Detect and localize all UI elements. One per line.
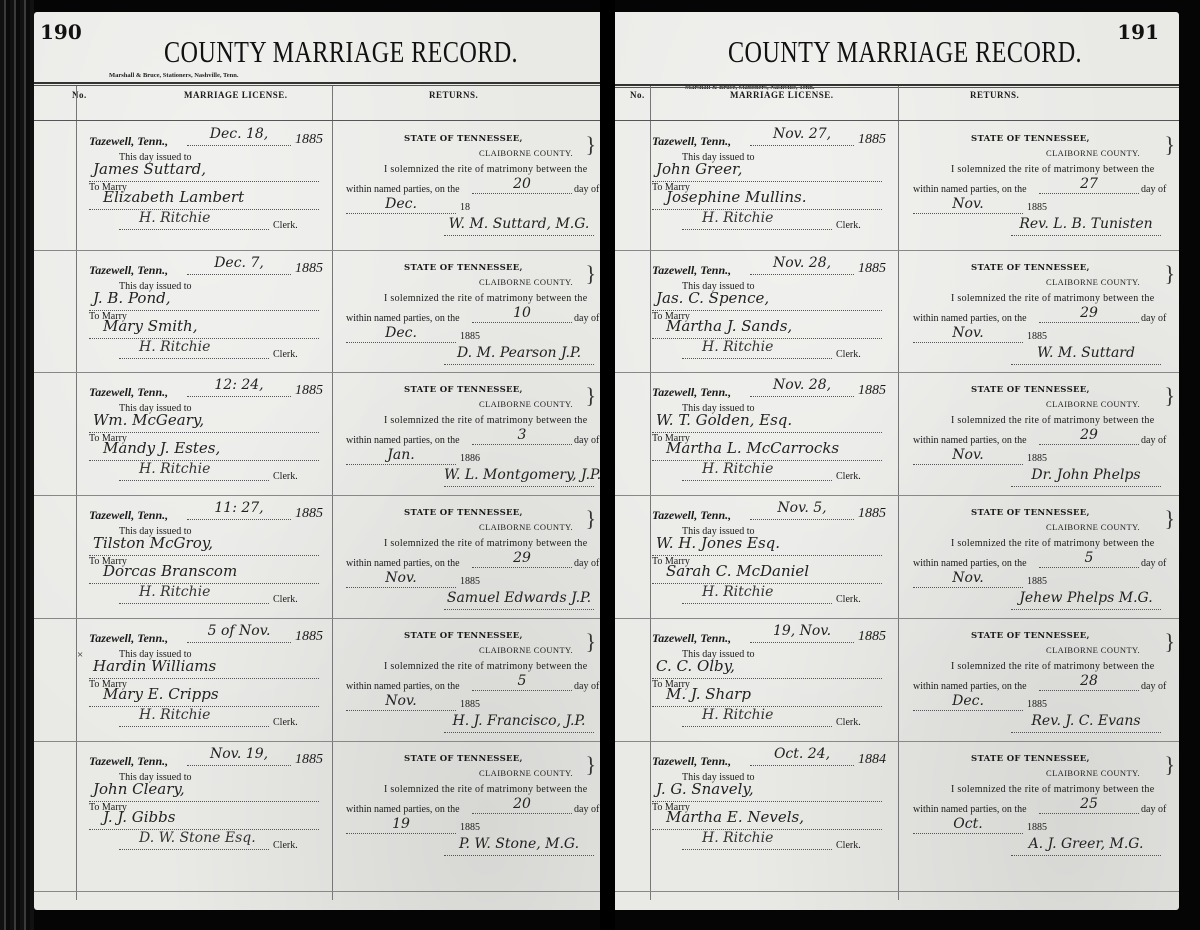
- within-text: within named parties, on the: [913, 184, 1027, 195]
- return-year: 1886: [460, 453, 480, 464]
- officiant-signature: Jehew Phelps M.G.: [1011, 590, 1161, 610]
- license-date: Dec. 7,: [187, 255, 291, 275]
- place-label: Tazewell, Tenn.,: [89, 754, 168, 769]
- within-text: within named parties, on the: [346, 313, 460, 324]
- place-label: Tazewell, Tenn.,: [89, 631, 168, 646]
- place-label: Tazewell, Tenn.,: [652, 385, 731, 400]
- marriage-record-entry: Tazewell, Tenn., 11: 27, 1885 This day i…: [34, 496, 600, 619]
- page-number: 190: [40, 20, 82, 44]
- groom-name: C. C. Olby,: [652, 657, 882, 679]
- marriage-record-entry: Tazewell, Tenn., Nov. 5, 1885 This day i…: [615, 496, 1179, 619]
- within-text: within named parties, on the: [913, 804, 1027, 815]
- clerk-label: Clerk.: [273, 220, 298, 231]
- solemnized-text: I solemnized the rite of matrimony betwe…: [384, 538, 587, 549]
- brace-glyph: }: [1164, 385, 1175, 407]
- license-year: 1885: [295, 752, 323, 768]
- solemnized-text: I solemnized the rite of matrimony betwe…: [951, 538, 1154, 549]
- officiant-signature: Dr. John Phelps: [1011, 467, 1161, 487]
- county-heading: Claiborne County.: [479, 645, 573, 655]
- day-of-label: day of: [1141, 184, 1166, 195]
- place-label: Tazewell, Tenn.,: [652, 508, 731, 523]
- county-heading: Claiborne County.: [1046, 399, 1140, 409]
- page-title: COUNTY MARRIAGE RECORD.: [164, 34, 518, 70]
- day-of-label: day of: [574, 804, 599, 815]
- header-double-rule: [34, 82, 600, 86]
- brace-glyph: }: [1164, 263, 1175, 285]
- return-day: 5: [1039, 550, 1139, 568]
- day-of-label: day of: [574, 681, 599, 692]
- within-text: within named parties, on the: [346, 681, 460, 692]
- brace-glyph: }: [1164, 508, 1175, 530]
- return-day: 10: [472, 305, 572, 323]
- within-text: within named parties, on the: [913, 681, 1027, 692]
- book-gutter: [600, 0, 615, 930]
- license-date: Nov. 28,: [750, 377, 854, 397]
- day-of-label: day of: [1141, 435, 1166, 446]
- day-of-label: day of: [574, 313, 599, 324]
- bride-name: Dorcas Branscom: [89, 562, 319, 584]
- bride-name: Josephine Mullins.: [652, 188, 882, 210]
- state-heading: STATE OF TENNESSEE,: [971, 263, 1090, 273]
- within-text: within named parties, on the: [346, 804, 460, 815]
- clerk-signature: H. Ritchie: [119, 339, 269, 359]
- page-title: COUNTY MARRIAGE RECORD.: [728, 34, 1082, 70]
- groom-name: John Cleary,: [89, 780, 319, 802]
- state-heading: STATE OF TENNESSEE,: [971, 134, 1090, 144]
- day-of-label: day of: [574, 558, 599, 569]
- brace-glyph: }: [585, 134, 596, 156]
- license-date: 19, Nov.: [750, 623, 854, 643]
- return-year: 1885: [1027, 331, 1047, 342]
- clerk-label: Clerk.: [836, 471, 861, 482]
- state-heading: STATE OF TENNESSEE,: [971, 385, 1090, 395]
- return-day: 29: [472, 550, 572, 568]
- groom-name: J. G. Snavely,: [652, 780, 882, 802]
- column-header-no: No.: [72, 90, 87, 100]
- return-month: Nov.: [913, 447, 1023, 465]
- brace-glyph: }: [585, 385, 596, 407]
- state-heading: STATE OF TENNESSEE,: [404, 508, 523, 518]
- within-text: within named parties, on the: [346, 558, 460, 569]
- return-year: 1885: [460, 331, 480, 342]
- column-header-returns: RETURNS.: [429, 90, 478, 100]
- county-heading: Claiborne County.: [1046, 645, 1140, 655]
- return-year: 1885: [1027, 822, 1047, 833]
- state-heading: STATE OF TENNESSEE,: [971, 631, 1090, 641]
- return-day: 3: [472, 427, 572, 445]
- clerk-label: Clerk.: [273, 840, 298, 851]
- officiant-signature: D. M. Pearson J.P.: [444, 345, 594, 365]
- header-rule: [615, 120, 1179, 121]
- header-double-rule: [615, 84, 1179, 88]
- marriage-record-entry: Tazewell, Tenn., Nov. 28, 1885 This day …: [615, 373, 1179, 496]
- return-month: Dec.: [346, 196, 456, 214]
- within-text: within named parties, on the: [913, 558, 1027, 569]
- column-header-license: Marriage License.: [730, 90, 834, 100]
- solemnized-text: I solemnized the rite of matrimony betwe…: [951, 415, 1154, 426]
- county-heading: Claiborne County.: [479, 148, 573, 158]
- return-day: 28: [1039, 673, 1139, 691]
- groom-name: W. H. Jones Esq.: [652, 534, 882, 556]
- bride-name: Mandy J. Estes,: [89, 439, 319, 461]
- state-heading: STATE OF TENNESSEE,: [404, 631, 523, 641]
- return-month: Nov.: [913, 570, 1023, 588]
- license-year: 1885: [295, 261, 323, 277]
- officiant-signature: W. L. Montgomery, J.P.: [444, 467, 594, 487]
- license-date: Nov. 27,: [750, 126, 854, 146]
- book-binding-edge: [0, 0, 34, 930]
- day-of-label: day of: [574, 184, 599, 195]
- return-year: 1885: [460, 822, 480, 833]
- county-heading: Claiborne County.: [1046, 768, 1140, 778]
- return-year: 1885: [1027, 453, 1047, 464]
- county-heading: Claiborne County.: [1046, 148, 1140, 158]
- license-date: 11: 27,: [187, 500, 291, 520]
- state-heading: STATE OF TENNESSEE,: [971, 508, 1090, 518]
- clerk-label: Clerk.: [273, 594, 298, 605]
- clerk-signature: H. Ritchie: [119, 584, 269, 604]
- county-heading: Claiborne County.: [479, 277, 573, 287]
- return-month: Nov.: [913, 196, 1023, 214]
- officiant-signature: Rev. J. C. Evans: [1011, 713, 1161, 733]
- day-of-label: day of: [1141, 558, 1166, 569]
- license-date: Nov. 5,: [750, 500, 854, 520]
- day-of-label: day of: [1141, 313, 1166, 324]
- column-header-no: No.: [630, 90, 645, 100]
- return-year: 1885: [460, 699, 480, 710]
- county-heading: Claiborne County.: [479, 768, 573, 778]
- groom-name: Hardin Williams: [89, 657, 319, 679]
- solemnized-text: I solemnized the rite of matrimony betwe…: [951, 784, 1154, 795]
- return-month: Jan.: [346, 447, 456, 465]
- license-year: 1885: [858, 132, 886, 148]
- brace-glyph: }: [585, 631, 596, 653]
- return-month: Nov.: [346, 570, 456, 588]
- within-text: within named parties, on the: [346, 435, 460, 446]
- place-label: Tazewell, Tenn.,: [89, 508, 168, 523]
- license-year: 1885: [295, 383, 323, 399]
- return-day: 20: [472, 796, 572, 814]
- day-of-label: day of: [1141, 804, 1166, 815]
- state-heading: STATE OF TENNESSEE,: [404, 263, 523, 273]
- return-month: Dec.: [913, 693, 1023, 711]
- license-year: 1885: [295, 506, 323, 522]
- return-year: 1885: [1027, 576, 1047, 587]
- marriage-record-entry: Tazewell, Tenn., 19, Nov. 1885 This day …: [615, 619, 1179, 742]
- brace-glyph: }: [1164, 631, 1175, 653]
- clerk-label: Clerk.: [273, 717, 298, 728]
- place-label: Tazewell, Tenn.,: [89, 134, 168, 149]
- county-heading: Claiborne County.: [479, 399, 573, 409]
- clerk-signature: H. Ritchie: [119, 210, 269, 230]
- clerk-label: Clerk.: [836, 220, 861, 231]
- solemnized-text: I solemnized the rite of matrimony betwe…: [384, 293, 587, 304]
- left-page: 190 COUNTY MARRIAGE RECORD. Marshall & B…: [34, 12, 600, 910]
- return-day: 5: [472, 673, 572, 691]
- bride-name: Mary E. Cripps: [89, 685, 319, 707]
- groom-name: Tilston McGroy,: [89, 534, 319, 556]
- solemnized-text: I solemnized the rite of matrimony betwe…: [951, 164, 1154, 175]
- place-label: Tazewell, Tenn.,: [652, 263, 731, 278]
- marriage-record-entry: Tazewell, Tenn., Dec. 18, 1885 This day …: [34, 122, 600, 251]
- officiant-signature: W. M. Suttard: [1011, 345, 1161, 365]
- clerk-label: Clerk.: [836, 594, 861, 605]
- license-date: Dec. 18,: [187, 126, 291, 146]
- groom-name: John Greer,: [652, 160, 882, 182]
- bride-name: Martha E. Nevels,: [652, 808, 882, 830]
- stationer-imprint: Marshall & Bruce, Stationers, Nashville,…: [109, 72, 238, 79]
- solemnized-text: I solemnized the rite of matrimony betwe…: [951, 661, 1154, 672]
- groom-name: James Suttard,: [89, 160, 319, 182]
- officiant-signature: Samuel Edwards J.P.: [444, 590, 594, 610]
- state-heading: STATE OF TENNESSEE,: [404, 385, 523, 395]
- solemnized-text: I solemnized the rite of matrimony betwe…: [384, 164, 587, 175]
- return-year: 1885: [1027, 699, 1047, 710]
- officiant-signature: A. J. Greer, M.G.: [1011, 836, 1161, 856]
- clerk-signature: H. Ritchie: [682, 830, 832, 850]
- clerk-label: Clerk.: [836, 717, 861, 728]
- license-year: 1885: [295, 629, 323, 645]
- column-header-returns: RETURNS.: [970, 90, 1019, 100]
- license-date: Nov. 28,: [750, 255, 854, 275]
- place-label: Tazewell, Tenn.,: [652, 631, 731, 646]
- solemnized-text: I solemnized the rite of matrimony betwe…: [951, 293, 1154, 304]
- officiant-signature: P. W. Stone, M.G.: [444, 836, 594, 856]
- clerk-label: Clerk.: [273, 349, 298, 360]
- clerk-label: Clerk.: [836, 840, 861, 851]
- return-year: 1885: [460, 576, 480, 587]
- day-of-label: day of: [574, 435, 599, 446]
- return-day: 20: [472, 176, 572, 194]
- clerk-signature: H. Ritchie: [119, 461, 269, 481]
- clerk-signature: H. Ritchie: [682, 339, 832, 359]
- clerk-label: Clerk.: [836, 349, 861, 360]
- clerk-signature: H. Ritchie: [682, 584, 832, 604]
- return-day: 29: [1039, 427, 1139, 445]
- return-day: 27: [1039, 176, 1139, 194]
- bride-name: Elizabeth Lambert: [89, 188, 319, 210]
- clerk-signature: H. Ritchie: [682, 707, 832, 727]
- state-heading: STATE OF TENNESSEE,: [404, 754, 523, 764]
- county-heading: Claiborne County.: [1046, 522, 1140, 532]
- solemnized-text: I solemnized the rite of matrimony betwe…: [384, 784, 587, 795]
- within-text: within named parties, on the: [913, 313, 1027, 324]
- marriage-record-entry: Tazewell, Tenn., 12: 24, 1885 This day i…: [34, 373, 600, 496]
- within-text: within named parties, on the: [346, 184, 460, 195]
- license-date: Oct. 24,: [750, 746, 854, 766]
- state-heading: STATE OF TENNESSEE,: [404, 134, 523, 144]
- place-label: Tazewell, Tenn.,: [89, 385, 168, 400]
- officiant-signature: Rev. L. B. Tunisten: [1011, 216, 1161, 236]
- license-year: 1885: [858, 383, 886, 399]
- solemnized-text: I solemnized the rite of matrimony betwe…: [384, 415, 587, 426]
- officiant-signature: W. M. Suttard, M.G.: [444, 216, 594, 236]
- clerk-label: Clerk.: [273, 471, 298, 482]
- place-label: Tazewell, Tenn.,: [89, 263, 168, 278]
- brace-glyph: }: [585, 508, 596, 530]
- marriage-record-entry: × Tazewell, Tenn., 5 of Nov. 1885 This d…: [34, 619, 600, 742]
- groom-name: Jas. C. Spence,: [652, 289, 882, 311]
- return-year: 18: [460, 202, 470, 213]
- clerk-signature: H. Ritchie: [682, 210, 832, 230]
- county-heading: Claiborne County.: [1046, 277, 1140, 287]
- margin-mark: ×: [77, 649, 83, 661]
- marriage-record-entry: Tazewell, Tenn., Oct. 24, 1884 This day …: [615, 742, 1179, 892]
- marriage-record-entry: Tazewell, Tenn., Nov. 19, 1885 This day …: [34, 742, 600, 892]
- brace-glyph: }: [585, 754, 596, 776]
- groom-name: W. T. Golden, Esq.: [652, 411, 882, 433]
- right-page: 191 COUNTY MARRIAGE RECORD. Marshall & B…: [615, 12, 1179, 910]
- license-year: 1885: [858, 506, 886, 522]
- clerk-signature: H. Ritchie: [682, 461, 832, 481]
- bride-name: M. J. Sharp: [652, 685, 882, 707]
- column-header-license: Marriage License.: [184, 90, 288, 100]
- marriage-record-entry: Tazewell, Tenn., Nov. 28, 1885 This day …: [615, 251, 1179, 373]
- groom-name: Wm. McGeary,: [89, 411, 319, 433]
- county-heading: Claiborne County.: [479, 522, 573, 532]
- license-year: 1885: [858, 629, 886, 645]
- page-number: 191: [1117, 20, 1159, 44]
- bride-name: Martha L. McCarrocks: [652, 439, 882, 461]
- return-month: Oct.: [913, 816, 1023, 834]
- return-year: 1885: [1027, 202, 1047, 213]
- brace-glyph: }: [585, 263, 596, 285]
- solemnized-text: I solemnized the rite of matrimony betwe…: [384, 661, 587, 672]
- bride-name: Sarah C. McDaniel: [652, 562, 882, 584]
- header-rule: [34, 120, 600, 121]
- bride-name: J. J. Gibbs: [89, 808, 319, 830]
- within-text: within named parties, on the: [913, 435, 1027, 446]
- license-year: 1885: [295, 132, 323, 148]
- license-date: 5 of Nov.: [187, 623, 291, 643]
- officiant-signature: H. J. Francisco, J.P.: [444, 713, 594, 733]
- place-label: Tazewell, Tenn.,: [652, 134, 731, 149]
- place-label: Tazewell, Tenn.,: [652, 754, 731, 769]
- clerk-signature: D. W. Stone Esq.: [119, 830, 269, 850]
- license-year: 1885: [858, 261, 886, 277]
- marriage-record-entry: Tazewell, Tenn., Nov. 27, 1885 This day …: [615, 122, 1179, 251]
- return-month: Dec.: [346, 325, 456, 343]
- return-day: 29: [1039, 305, 1139, 323]
- day-of-label: day of: [1141, 681, 1166, 692]
- brace-glyph: }: [1164, 134, 1175, 156]
- groom-name: J. B. Pond,: [89, 289, 319, 311]
- marriage-record-entry: Tazewell, Tenn., Dec. 7, 1885 This day i…: [34, 251, 600, 373]
- license-date: 12: 24,: [187, 377, 291, 397]
- return-month: Nov.: [913, 325, 1023, 343]
- license-year: 1884: [858, 752, 886, 768]
- brace-glyph: }: [1164, 754, 1175, 776]
- clerk-signature: H. Ritchie: [119, 707, 269, 727]
- return-month: Nov.: [346, 693, 456, 711]
- return-day: 25: [1039, 796, 1139, 814]
- state-heading: STATE OF TENNESSEE,: [971, 754, 1090, 764]
- bride-name: Martha J. Sands,: [652, 317, 882, 339]
- license-date: Nov. 19,: [187, 746, 291, 766]
- return-month: 19: [346, 816, 456, 834]
- bride-name: Mary Smith,: [89, 317, 319, 339]
